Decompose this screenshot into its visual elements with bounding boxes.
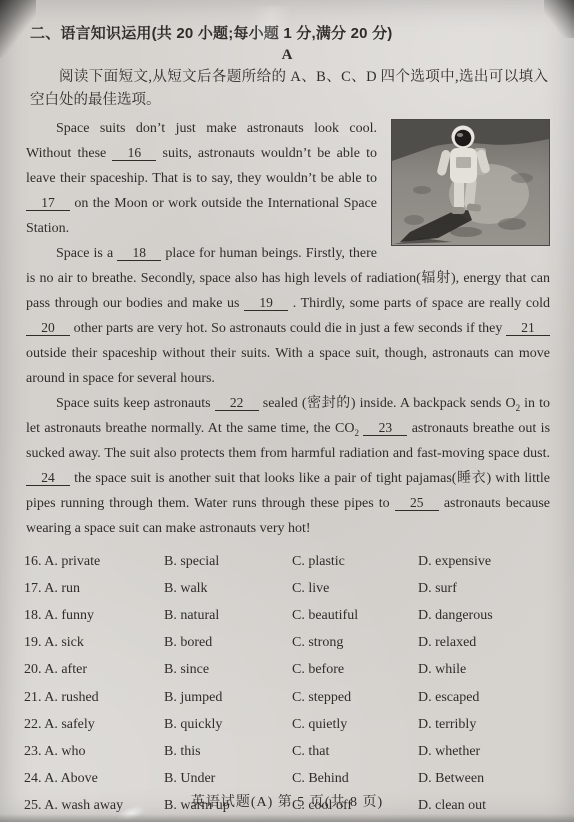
option-20-A: 20. A. after (24, 662, 164, 678)
passage: Space suits don’t just make astronauts l… (26, 116, 550, 541)
option-22-A: 22. A. safely (24, 717, 164, 733)
cloze-blank-19: 19 (244, 295, 288, 311)
option-16-D: D. expensive (418, 554, 554, 570)
option-22-B: B. quickly (164, 717, 292, 733)
questions: 16. A. privateB. specialC. plasticD. exp… (24, 548, 554, 820)
cloze-blank-18: 18 (117, 245, 161, 261)
question-row-17: 17. A. runB. walkC. liveD. surf (24, 575, 554, 602)
option-24-C: C. Behind (292, 771, 418, 787)
scan-artifact-top-right (544, 0, 574, 38)
option-22-C: C. quietly (292, 717, 418, 733)
option-16-B: B. special (164, 554, 292, 570)
option-23-B: B. this (164, 744, 292, 760)
cloze-blank-17: 17 (26, 195, 70, 211)
question-row-19: 19. A. sickB. boredC. strongD. relaxed (24, 630, 554, 657)
scan-artifact-bottom-shade (0, 814, 574, 822)
option-23-A: 23. A. who (24, 744, 164, 760)
instructions: 阅读下面短文,从短文后各题所给的 A、B、C、D 四个选项中,选出可以填入空白处… (30, 66, 548, 112)
page-footer: 英语试题(A) 第 5 页(共 8 页) (0, 791, 574, 811)
scanned-exam-page: 二、语言知识运用(共 20 小题;每小题 1 分,满分 20 分) A 阅读下面… (0, 0, 574, 822)
option-22-D: D. terribly (418, 717, 554, 733)
moon-photo-graphic (392, 120, 549, 245)
option-24-B: B. Under (164, 771, 292, 787)
subscript: 2 (516, 403, 521, 413)
subscript: 2 (354, 428, 359, 438)
option-21-C: C. stepped (292, 690, 418, 706)
option-21-B: B. jumped (164, 690, 292, 706)
section-header: 二、语言知识运用(共 20 小题;每小题 1 分,满分 20 分) (30, 22, 548, 43)
cloze-blank-21: 21 (506, 320, 550, 336)
astronaut-moon-photo (391, 119, 550, 246)
option-17-D: D. surf (418, 581, 554, 597)
option-24-A: 24. A. Above (24, 771, 164, 787)
option-20-C: C. before (292, 662, 418, 678)
option-18-A: 18. A. funny (24, 608, 164, 624)
cloze-blank-22: 22 (215, 395, 259, 411)
cloze-blank-23: 23 (363, 420, 407, 436)
option-16-C: C. plastic (292, 554, 418, 570)
option-23-D: D. whether (418, 744, 554, 760)
option-18-C: C. beautiful (292, 608, 418, 624)
question-row-20: 20. A. afterB. sinceC. beforeD. while (24, 657, 554, 684)
question-row-21: 21. A. rushedB. jumpedC. steppedD. escap… (24, 684, 554, 711)
passage-paragraph: Space suits keep astronauts 22 sealed (密… (26, 391, 550, 541)
question-row-16: 16. A. privateB. specialC. plasticD. exp… (24, 548, 554, 575)
option-20-B: B. since (164, 662, 292, 678)
option-19-A: 19. A. sick (24, 635, 164, 651)
question-row-22: 22. A. safelyB. quicklyC. quietlyD. terr… (24, 711, 554, 738)
question-row-24: 24. A. AboveB. UnderC. BehindD. Between (24, 766, 554, 793)
option-21-D: D. escaped (418, 690, 554, 706)
option-21-A: 21. A. rushed (24, 690, 164, 706)
option-17-C: C. live (292, 581, 418, 597)
cloze-blank-24: 24 (26, 470, 70, 486)
question-row-18: 18. A. funnyB. naturalC. beautifulD. dan… (24, 602, 554, 629)
scan-artifact-top-left (0, 0, 36, 58)
question-row-23: 23. A. whoB. thisC. thatD. whether (24, 738, 554, 765)
passage-paragraph: Space is a 18 place for human beings. Fi… (26, 241, 550, 391)
option-17-B: B. walk (164, 581, 292, 597)
cloze-blank-25: 25 (395, 495, 439, 511)
option-16-A: 16. A. private (24, 554, 164, 570)
part-label: A (0, 47, 574, 64)
option-18-B: B. natural (164, 608, 292, 624)
option-19-B: B. bored (164, 635, 292, 651)
option-24-D: D. Between (418, 771, 554, 787)
cloze-blank-16: 16 (112, 145, 156, 161)
option-19-C: C. strong (292, 635, 418, 651)
option-23-C: C. that (292, 744, 418, 760)
option-17-A: 17. A. run (24, 581, 164, 597)
option-18-D: D. dangerous (418, 608, 554, 624)
option-19-D: D. relaxed (418, 635, 554, 651)
option-20-D: D. while (418, 662, 554, 678)
cloze-blank-20: 20 (26, 320, 70, 336)
